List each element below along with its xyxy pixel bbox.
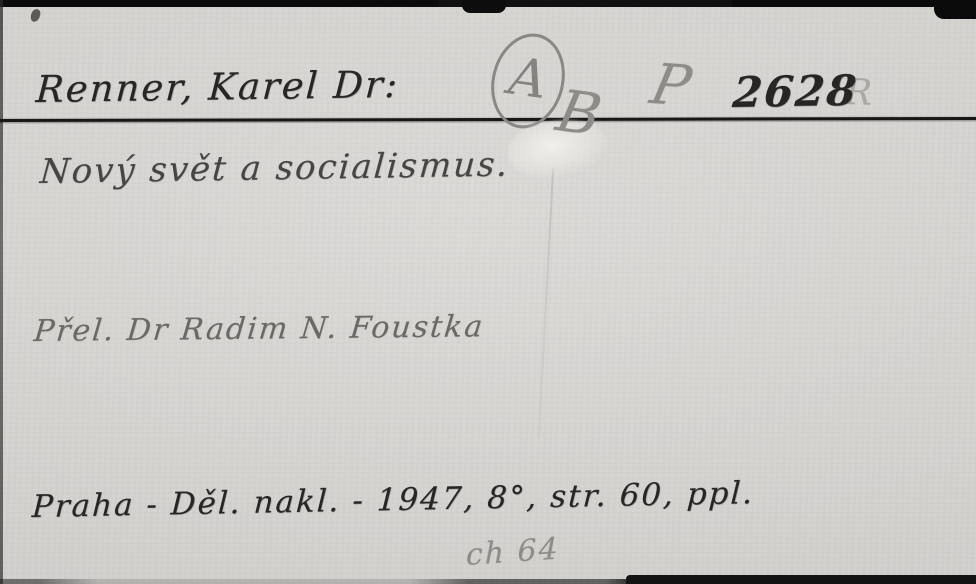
author-heading: Renner, Karel Dr: [35, 63, 401, 111]
imprint-line: Praha - Děl. nakl. - 1947, 8°, str. 60, … [31, 475, 755, 525]
scan-edge-top-notch [462, 0, 506, 13]
translator-line: Přel. Dr Radim N. Foustka [32, 309, 486, 349]
paper-crease [538, 168, 554, 438]
scan-edge-top-right-corner [934, 0, 976, 19]
circled-letter: A [506, 47, 552, 112]
catalog-card-scan: Renner, Karel Dr: A B P 2628 R Nový svět… [0, 0, 976, 584]
scan-edge-left [0, 0, 3, 584]
ink-speck [29, 8, 41, 23]
pencil-p-mark: P [645, 52, 698, 119]
shelf-mark: ch 64 [466, 531, 560, 573]
title-line: Nový svět a socialismus. [39, 145, 511, 192]
heading-rule-line [0, 117, 976, 122]
scan-edge-bottom-right [626, 575, 976, 584]
accession-number: 2628 [731, 66, 860, 117]
